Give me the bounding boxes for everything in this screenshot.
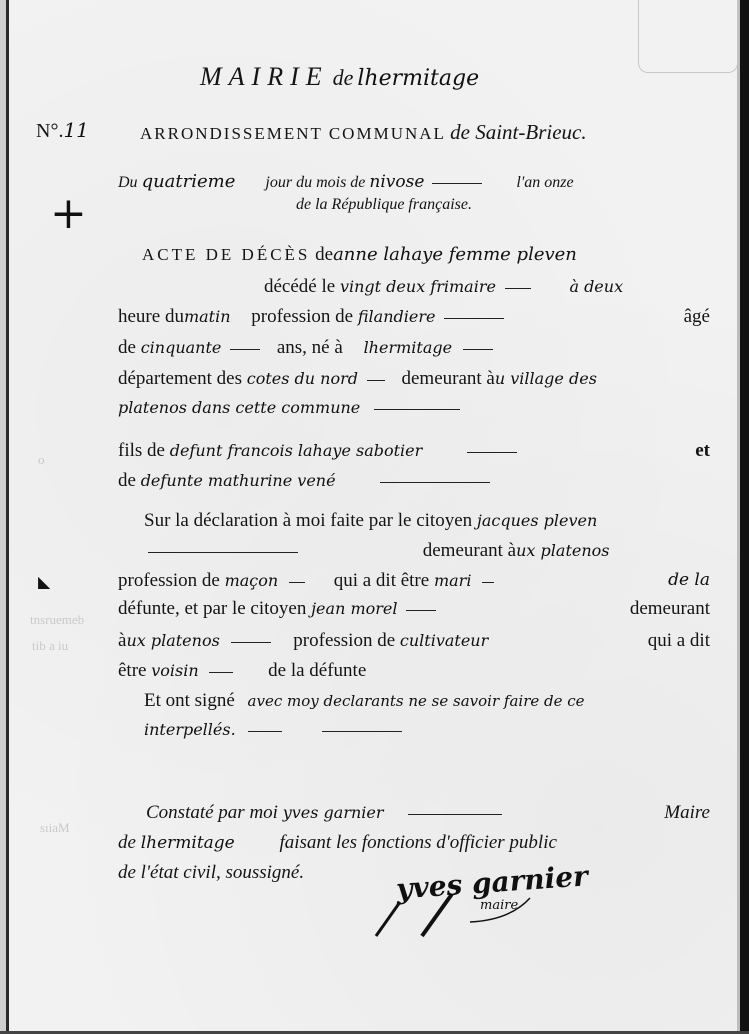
- bleed-through-mark: tnsruemeb: [30, 612, 84, 628]
- declarant1-relation-handwritten: mari: [434, 571, 471, 590]
- signature-note-handwritten-2: interpellés.: [144, 720, 236, 739]
- fill-line: [367, 379, 385, 381]
- profession-de-label: profession de: [118, 570, 220, 591]
- demeurant-label-2: demeurant: [630, 598, 710, 620]
- declarant-line-4: défunte, et par le citoyen jean morel de…: [118, 598, 710, 620]
- fill-line: [248, 730, 282, 732]
- et-par-le-citoyen-label: , et par le citoyen: [175, 598, 306, 619]
- fill-line: [230, 348, 260, 350]
- departement-handwritten: cotes du nord: [247, 369, 358, 388]
- age-label: âgé: [684, 306, 710, 328]
- father-handwritten: defunt francois lahaye sabotier: [170, 441, 423, 460]
- bleed-through-mark: sıiaM: [40, 820, 70, 836]
- declarant-line-8: interpellés.: [144, 720, 402, 740]
- number-label: N°.: [36, 120, 63, 142]
- mother-de-label: de: [118, 470, 136, 491]
- residence-handwritten-1: u village des: [495, 369, 597, 388]
- acte-of: de: [315, 244, 333, 265]
- death-hour-handwritten: à deux: [569, 277, 623, 296]
- acte-line-4: de cinquante ans, né à lhermitage: [118, 337, 493, 359]
- death-date-handwritten: vingt deux frimaire: [340, 277, 496, 296]
- fill-line: [432, 182, 482, 184]
- declarant-line-7: Et ont signé avec moy declarants ne se s…: [144, 690, 585, 712]
- fill-line: [463, 348, 493, 350]
- birthplace-handwritten: lhermitage: [364, 338, 453, 357]
- declarant2-relation-handwritten: voisin: [151, 661, 198, 680]
- bleed-through-mark: tib a iu: [32, 638, 68, 654]
- month-handwritten: nivose: [369, 172, 424, 192]
- et-ont-signe-label: Et ont signé: [144, 690, 235, 711]
- fill-line: [289, 581, 305, 583]
- de-la-defunte-label: de la défunte: [268, 660, 366, 681]
- date-du: Du: [118, 174, 138, 191]
- margin-cross-mark: +: [50, 188, 87, 239]
- fill-line: [505, 287, 531, 289]
- record-number: N°.11: [36, 118, 89, 143]
- constate-label: Constaté par moi: [146, 802, 278, 823]
- declarant-line-6: être voisin de la défunte: [118, 660, 366, 682]
- page-right-edge: [740, 0, 749, 1034]
- acte-line-2: décédé le vingt deux frimaire à deux: [264, 276, 623, 298]
- fill-line: [406, 609, 436, 611]
- profession-label: profession de: [251, 306, 353, 327]
- mairie-de: de: [333, 65, 354, 90]
- bleed-through-mark: o: [38, 452, 45, 468]
- officer-name-handwritten: yves garnier: [283, 803, 384, 822]
- deceased-name-handwritten: anne lahaye femme pleven: [333, 244, 577, 265]
- departement-label: département des: [118, 368, 242, 389]
- heure-du-label: heure du: [118, 306, 184, 327]
- closing-line-3: de l'état civil, soussigné.: [118, 862, 304, 884]
- declarant-line-3: profession de maçon qui a dit être mari …: [118, 570, 710, 592]
- qui-a-dit-label: qui a dit: [648, 630, 710, 652]
- fill-line: [231, 641, 271, 643]
- fill-line: [380, 481, 490, 483]
- fill-line: [482, 581, 494, 583]
- parents-line-1: fils de defunt francois lahaye sabotier …: [118, 440, 710, 462]
- declarant2-residence-handwritten: ux platenos: [126, 631, 219, 650]
- fill-line: [408, 813, 502, 815]
- decede-le-label: décédé le: [264, 276, 335, 297]
- de-la-handwritten: de la: [668, 570, 710, 590]
- declaration-label: Sur la déclaration à moi faite par le ci…: [144, 510, 472, 531]
- closing-line-1: Constaté par moi yves garnier Maire: [146, 802, 710, 824]
- mairie-heading: MAIRIE de lhermitage: [200, 62, 479, 92]
- fill-line: [467, 451, 517, 453]
- declarant1-profession-handwritten: maçon: [225, 571, 279, 590]
- declarant2-profession-handwritten: cultivateur: [400, 631, 488, 650]
- arrondissement-name: de Saint-Brieuc.: [450, 120, 586, 144]
- parents-line-2: de defunte mathurine vené: [118, 470, 490, 492]
- declarant-line-1: Sur la déclaration à moi faite par le ci…: [144, 510, 597, 532]
- republique-line: de la République française.: [296, 196, 472, 214]
- margin-rule: [6, 0, 9, 1034]
- qui-a-dit-etre-label: qui a dit être: [334, 570, 430, 591]
- closing-de-label: de: [118, 832, 136, 853]
- fill-line: [148, 551, 298, 553]
- demeurant-a-label: demeurant à: [423, 540, 516, 561]
- day-handwritten: quatrieme: [142, 171, 236, 192]
- date-line: Du quatrieme jour du mois de nivose l'an…: [118, 171, 574, 192]
- arrondissement-line: ARRONDISSEMENT COMMUNAL de Saint-Brieuc.: [140, 120, 587, 145]
- commune-handwritten: lhermitage: [357, 66, 479, 91]
- residence-handwritten-2: platenos dans cette commune: [118, 398, 360, 417]
- acte-line-6: platenos dans cette commune: [118, 398, 460, 418]
- et-label: et: [695, 440, 710, 462]
- profession-handwritten: filandiere: [358, 307, 436, 326]
- declarant1-residence-handwritten: ux platenos: [516, 541, 609, 560]
- declarant-line-5: àux platenos profession de cultivateur q…: [118, 630, 710, 652]
- ans-ne-a-label: ans, né à: [277, 337, 343, 358]
- margin-dash-mark: ◣: [38, 572, 50, 592]
- declarant1-name-handwritten: jacques pleven: [477, 511, 597, 530]
- closing-line-2: de lhermitage faisant les fonctions d'of…: [118, 832, 557, 854]
- age-de-label: de: [118, 337, 136, 358]
- fill-line: [374, 408, 460, 410]
- arrondissement-label: ARRONDISSEMENT COMMUNAL: [140, 124, 446, 143]
- number-handwritten: 11: [63, 118, 88, 142]
- demeurant-label: demeurant à: [401, 368, 494, 389]
- document-page: o tnsruemeb tib a iu sıiaM + ◣ MAIRIE de…: [0, 0, 749, 1034]
- closing-commune-handwritten: lhermitage: [141, 833, 235, 853]
- fils-de-label: fils de: [118, 440, 165, 461]
- acte-title: ACTE DE DÉCÈS: [142, 245, 310, 264]
- fill-line: [444, 317, 504, 319]
- declarant-line-2: demeurant àux platenos: [118, 540, 609, 562]
- jour-du-mois: jour du mois de: [265, 174, 365, 191]
- faisant-label: faisant les fonctions d'officier public: [279, 832, 556, 853]
- mairie-label: MAIRIE: [200, 62, 329, 91]
- signature-note-handwritten-1: avec moy declarants ne se savoir faire d…: [248, 692, 585, 710]
- mother-handwritten: defunte mathurine vené: [141, 471, 336, 490]
- time-of-day-handwritten: matin: [184, 307, 231, 326]
- maire-label: Maire: [664, 802, 710, 824]
- acte-line-5: département des cotes du nord demeurant …: [118, 368, 597, 390]
- acte-line-3: heure dumatin profession de filandiere â…: [118, 306, 710, 328]
- etre-label: être: [118, 660, 146, 681]
- faded-stamp: [638, 0, 738, 73]
- signature-flourish-icon: [370, 880, 550, 940]
- fill-line: [209, 671, 233, 673]
- fill-line: [322, 730, 402, 732]
- year: l'an onze: [516, 174, 573, 191]
- acte-line-1: ACTE DE DÉCÈS deanne lahaye femme pleven: [142, 244, 577, 266]
- defunte-label: défunte: [118, 598, 175, 619]
- profession-de-label-2: profession de: [293, 630, 395, 651]
- declarant2-name-handwritten: jean morel: [311, 599, 397, 618]
- age-handwritten: cinquante: [141, 338, 222, 357]
